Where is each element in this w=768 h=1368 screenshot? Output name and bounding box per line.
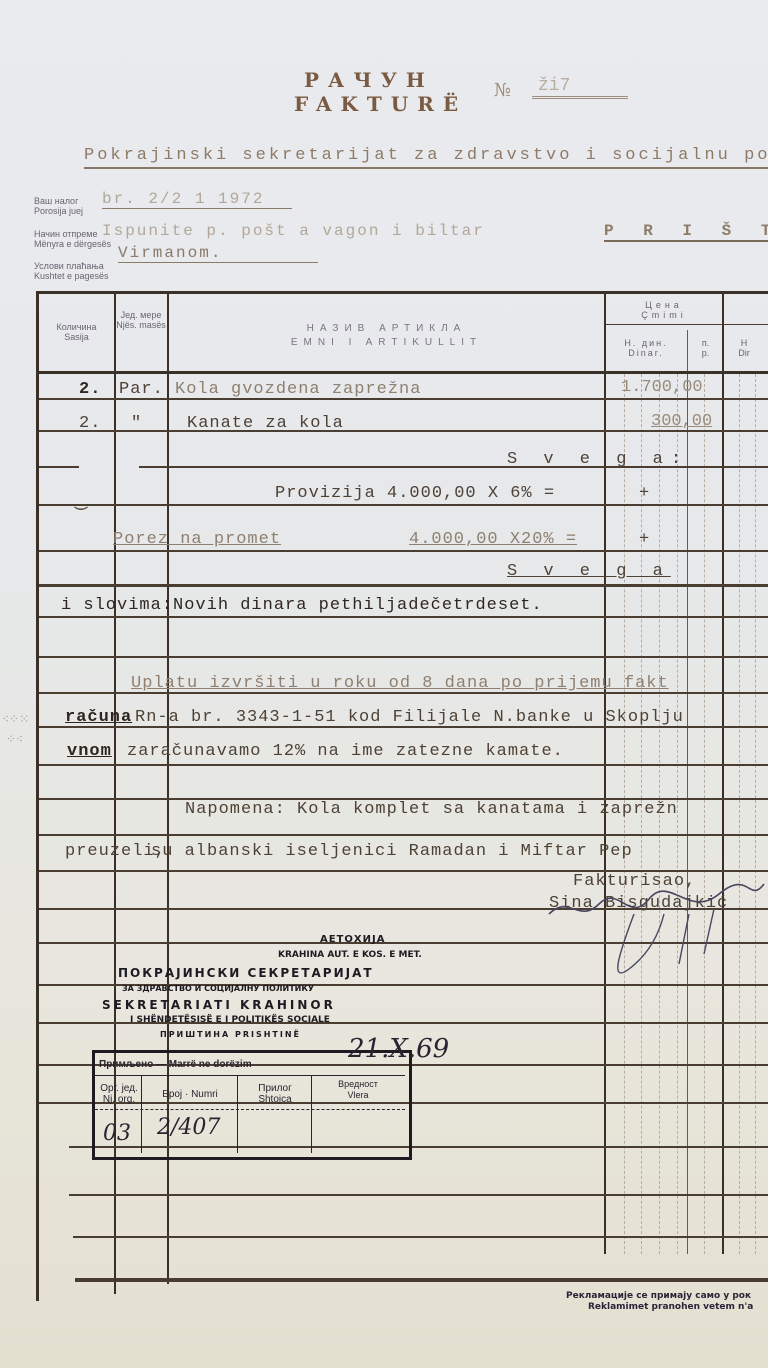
remark-line-1: Napomena: Kola komplet sa kanatama i zap… [185, 800, 678, 819]
stamp-line-6: I SHËNDETËSISË E I POLITIKËS SOCIALE [130, 1015, 330, 1025]
grid-dash [755, 374, 756, 1254]
row-line [39, 616, 768, 618]
title-albanian: FAKTURË [294, 92, 467, 116]
stamp-col-org: Орг. јед. Nj. org. [97, 1083, 141, 1105]
stamp-received-date: 21.X.69 [348, 1034, 449, 1064]
header-divider [39, 371, 768, 374]
invoice-number: ži7 [532, 76, 628, 99]
stamp-col-attachment-alb: Shtojca [239, 1094, 311, 1105]
col-divider [604, 294, 606, 1254]
stamp-col-number-cyr: Број [162, 1089, 182, 1100]
shipping-label: Начин отпреме Mënyra e dërgesës [34, 229, 111, 249]
subtotal-label: S v e g a: [507, 450, 689, 469]
remark-line-2: su albanski iseljenici Ramadan i Miftar … [151, 842, 633, 861]
stamp-divider [141, 1075, 142, 1153]
row-line [39, 584, 768, 587]
row-line [39, 834, 768, 836]
stamp-line-7: ПРИШТИНА PRISHTINË [160, 1030, 301, 1039]
item-1-quantity: 2. [79, 380, 101, 399]
stamp-col-value-alb: Vlera [313, 1090, 403, 1101]
item-1-price: 1.700,00 [621, 378, 703, 397]
stamp-col-number-alb: Numri [191, 1089, 218, 1100]
stamp-col-attachment-cyr: Прилог [239, 1083, 311, 1094]
stamp-line-3: ПОКРАЈИНСКИ СЕКРЕТАРИЈАТ [118, 966, 374, 980]
signature [539, 874, 768, 994]
order-label-alb: Porosija juej [34, 206, 83, 216]
row-line [73, 1236, 768, 1238]
header-price-alb: Çmimi [606, 310, 722, 320]
shipping-value: Ispunite p. pošt a vagon i biltar [102, 222, 522, 240]
row-line [39, 466, 79, 468]
issuer-line: Pokrajinski sekretarijat za zdravstvo i … [84, 146, 768, 169]
received-stamp-title: Примљено — Marrë ne dorëzim [99, 1059, 329, 1070]
row-line [39, 550, 768, 552]
stamp-line-1: АЕТОХИЈА [320, 934, 385, 945]
item-2-price: 300,00 [651, 412, 712, 431]
header-price-dinars-cyr: Н. дин. [606, 338, 686, 348]
tick-mark: ‿ [75, 486, 88, 512]
row-line [39, 656, 768, 658]
header-price: Цена Çmimi [606, 300, 722, 320]
commission-line: Provizija 4.000,00 X 6% = [275, 484, 555, 503]
item-1-name: Kola gvozdena zaprežna [175, 380, 421, 399]
footer-complaints-alb: Reklamimet pranohen vetem n'a [588, 1302, 753, 1313]
header-quantity: Количина Sasija [39, 322, 114, 342]
payment-note-2-prefix: računa [65, 708, 132, 727]
header-value-partial: Н Dir [729, 338, 759, 358]
header-value-partial-alb: Dir [729, 348, 759, 358]
header-price-dinars: Н. дин. Dinar. [606, 338, 686, 358]
footer-complaints-cyr: Рекламације се примају само у рок [566, 1291, 751, 1302]
stamp-line-5: SEKRETARIATI KRAHINOR [102, 998, 336, 1012]
place-of-issue: P R I Š T I [604, 222, 768, 242]
col-divider [722, 294, 724, 1254]
stamp-col-value: Вредност Vlera [313, 1079, 403, 1101]
payment-terms-label-cyr: Услови плаћања [34, 261, 109, 271]
stamp-col-value-cyr: Вредност [313, 1079, 403, 1090]
amount-in-words: i slovima:Novih dinara pethiljadečetrdes… [61, 596, 543, 615]
stamp-col-org-alb: Nj. org. [97, 1094, 141, 1105]
total-label: S v e g a [507, 562, 671, 581]
item-2-unit: " [131, 414, 142, 433]
price-header-divider [606, 324, 768, 325]
received-stamp: Примљено — Marrë ne dorëzim Орг. јед. Nj… [92, 1050, 412, 1160]
header-price-para-cyr: п. [689, 338, 722, 348]
header-quantity-alb: Sasija [39, 332, 114, 342]
header-price-cyr: Цена [606, 300, 722, 310]
payment-terms-value: Virmanom. [118, 244, 318, 263]
header-article-name-cyr: НАЗИВ АРТИКЛА [169, 322, 604, 336]
shipping-label-cyr: Начин отпреме [34, 229, 111, 239]
sales-tax-mark: + [639, 530, 650, 549]
stamp-divider [311, 1075, 312, 1153]
payment-note-2: Rn-a br. 3343-1-51 kod Filijale N.banke … [135, 708, 684, 727]
payment-note-3-prefix: vnom [67, 742, 112, 761]
title-cyrillic: РАЧУН [304, 68, 434, 92]
order-value: br. 2/2 1 1972 [102, 190, 292, 209]
header-quantity-cyr: Количина [39, 322, 114, 332]
row-line [39, 764, 768, 766]
payment-terms-label: Услови плаћања Kushtet e pagesës [34, 261, 109, 281]
bleed-through-marks: ⁖⁘⁙ [2, 712, 29, 727]
row-line [39, 504, 768, 506]
sales-tax-label: Porez na promet [113, 530, 281, 549]
payment-note-1: Uplatu izvršiti u roku od 8 dana po prij… [131, 674, 669, 693]
order-label: Ваш налог Porosija juej [34, 196, 83, 216]
stamp-number: 2/407 [157, 1115, 220, 1140]
header-article-name-alb: EMNI I ARTIKULLIT [169, 336, 604, 350]
grid-dash [704, 374, 705, 1254]
bleed-through-marks: ⁘⁖ [6, 732, 23, 747]
commission-mark: + [639, 484, 650, 503]
item-2-quantity: 2. [79, 414, 101, 433]
header-value-partial-cyr: Н [729, 338, 759, 348]
item-1-unit: Par. [119, 380, 164, 399]
grid-dash [739, 374, 740, 1254]
row-line [69, 1194, 768, 1196]
stamp-line-4: ЗА ЗДРАВСТВО И СОЦИЈАЛНУ ПОЛИТИКУ [122, 984, 314, 993]
stamp-line-2: KRAHINA AUT. E KOS. E MET. [278, 950, 422, 960]
stamp-col-attachment: Прилог Shtojca [239, 1083, 311, 1105]
header-price-para-alb: p. [689, 348, 722, 358]
header-price-para: п. p. [689, 338, 722, 358]
item-2-name: Kanate za kola [187, 414, 344, 433]
stamp-org-unit: 03 [103, 1121, 131, 1146]
header-article-name: НАЗИВ АРТИКЛА EMNI I ARTIKULLIT [169, 322, 604, 350]
stamp-col-org-cyr: Орг. јед. [97, 1083, 141, 1094]
header-unit-cyr: Јед. мере [116, 310, 166, 320]
header-unit: Јед. мере Njës. masës [116, 310, 166, 330]
stamp-col-number: Број · Numri [143, 1089, 237, 1100]
header-price-dinars-alb: Dinar. [606, 348, 686, 358]
payment-terms-label-alb: Kushtet e pagesës [34, 271, 109, 281]
stamp-divider [237, 1075, 238, 1153]
order-label-cyr: Ваш налог [34, 196, 83, 206]
row-line [75, 1278, 768, 1282]
shipping-label-alb: Mënyra e dërgesës [34, 239, 111, 249]
sales-tax-calc: 4.000,00 X20% = [409, 530, 577, 549]
payment-note-3: zaračunavamo 12% na ime zatezne kamate. [127, 742, 564, 761]
number-sign: № [494, 80, 511, 101]
header-unit-alb: Njës. masës [116, 320, 166, 330]
